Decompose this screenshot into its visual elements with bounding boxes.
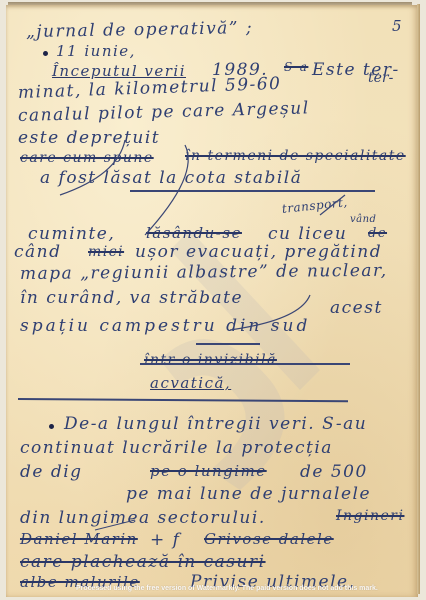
text-line: cuminte,: [28, 224, 115, 244]
scanned-document: 5 ter- „jurnal de operativă” ; 11 iunie,…: [0, 0, 426, 600]
text-line: „jurnal de operativă” ;: [26, 18, 254, 42]
text-line-struck: pe o lungime: [150, 462, 267, 480]
text-line: în curând, va străbate: [20, 288, 243, 308]
text-line: de 500: [300, 462, 368, 482]
text-line: a fost lăsat la cota stabilă: [40, 168, 302, 188]
bullet-dot-1: [43, 51, 48, 56]
text-line: spațiu campestru din sud: [20, 316, 310, 336]
text-line: mapa „regiunii albastre” de nuclear,: [20, 261, 388, 284]
text-line-struck: Ingineri: [336, 508, 404, 524]
text-line: ușor evacuați, pregătind: [135, 242, 382, 262]
text-line: când: [14, 242, 62, 262]
strike-rule: [140, 363, 350, 365]
text-line: + f: [150, 530, 180, 550]
text-line: din lungimea sectorului.: [20, 508, 266, 528]
underline-rule: [130, 190, 375, 192]
text-line-struck: de: [368, 226, 387, 241]
text-line-insert: 11 iunie,: [56, 42, 136, 60]
text-line-struck: care plachează în casuri: [20, 552, 266, 572]
text-line-struck: în termeni de specialitate: [185, 148, 406, 164]
text-line-underlined: acvatică,: [150, 374, 231, 392]
text-line-struck: lăsându-se: [146, 224, 242, 242]
text-line: De-a lungul întregii veri. S-au: [64, 414, 367, 434]
bullet-dot-2: [49, 424, 54, 429]
text-line: acest: [330, 298, 383, 318]
text-line: Este ter-: [312, 60, 400, 80]
page-number: 5: [392, 17, 402, 35]
text-line-struck: S-a: [284, 60, 308, 74]
text-line-struck: într-o invizibilă: [144, 352, 277, 368]
text-line-struck: mici: [88, 244, 124, 260]
text-line-struck: Daniel Marin: [20, 530, 138, 548]
text-line: continuat lucrările la protecția: [20, 438, 333, 458]
underline-rule: [196, 343, 260, 345]
text-line-insert: vând: [350, 214, 376, 225]
page-right-edge: [417, 4, 420, 594]
text-line: de dig: [20, 462, 83, 482]
text-line-struck: care cum spune: [20, 150, 154, 166]
watermark-notice: Processed using the free version of Wate…: [76, 585, 378, 592]
text-line: pe mai lune de jurnalele: [126, 484, 371, 504]
text-line: este deprețuit: [18, 128, 160, 148]
text-line-struck: Grivose dalele: [204, 530, 334, 548]
text-line: cu liceu: [268, 224, 347, 244]
